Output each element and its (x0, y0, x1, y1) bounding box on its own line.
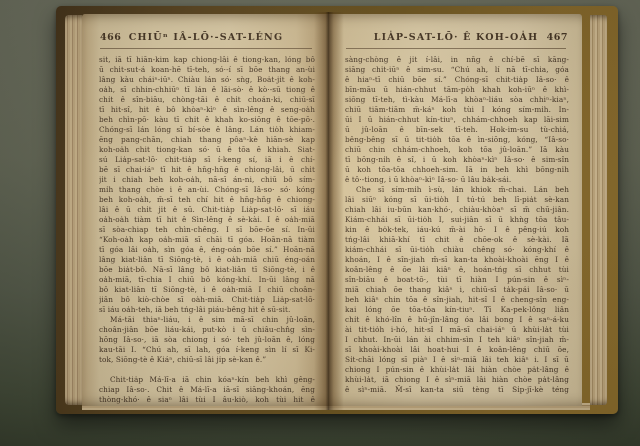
text-line: thòng-khó· ê siaⁿ lâi tùi I âu-kiò, koh … (99, 395, 315, 405)
text-line: chiū tiām-tiām m̄-káⁿ koh tùi I kóng sím… (345, 105, 569, 115)
text-line: koh-oa̍h chit tiong-kan só· ū ê tōa ê kh… (99, 145, 315, 155)
text-line: I chhut. In-ūi lán ài chhim-sìn I teh ki… (345, 335, 569, 345)
text-line: ū koh tōa-tōa chhoeh-sim. Iā in beh khì … (345, 165, 569, 175)
text-line: sîn-biāu ê boat-tō·, tùi tī hiàn I pún-s… (345, 275, 569, 285)
text-line: sī khoài-khoài lâi hoat-hui I ê koân-lên… (345, 345, 569, 355)
text-line: choân-jiân bōe liáu-kái, put-kò i ū chiâ… (99, 325, 315, 335)
page-number: 467 (547, 32, 568, 43)
header-rule (346, 48, 566, 49)
text-line: lâng kiat-liân tī Siōng-tè, i ê oa̍h-miā… (99, 255, 315, 265)
text-line: tok, Siōng-tè ê Kiáⁿ, chiū-sī lâi ji̍p s… (99, 355, 315, 365)
page-edges-left (65, 15, 82, 405)
text-line: lâi ê ū chi̍t ji̍t ê sū. Chit-tia̍p Lia̍… (99, 205, 315, 215)
text-line: oa̍h-miā, tī-chia I chiū bô kóng-khí. In… (99, 275, 315, 285)
text-line: Má-tāi thiaⁿ-liáu, i ê sim mā-sī chin jû… (99, 315, 315, 325)
text-line: beh chìn-pō· kàu tī chi̍t ê khah ko-siōn… (99, 115, 315, 125)
text-line: ū chi̍t-sut-á koan-hē tī-teh, só·-í sī b… (99, 65, 315, 75)
text-line: ê hiaⁿ-tī chiū bōe sí.” Chóng-sī chit-ti… (345, 75, 569, 85)
open-book: 466 CHIŪⁿ IÂ-LŌ·-SAT-LÉNG sit, iā tī hiā… (56, 6, 618, 414)
text-line: tī góa lâi oa̍h, sìn góa ê, éng-oán bōe … (99, 245, 315, 255)
text-line: oa̍h, sī chhin-chhiūⁿ tī lán ê lāi-sò· ê… (99, 85, 315, 95)
text-line: jiân bô kiò-chòe sī oa̍h-miā. Chit-tia̍p… (99, 295, 315, 305)
left-page: 466 CHIŪⁿ IÂ-LŌ·-SAT-LÉNG sit, iā tī hiā… (82, 14, 328, 406)
text-line: bē sī chai-iáⁿ tī hit ê hn̄g-hn̄g ê chio… (99, 165, 315, 175)
page-edges-right (590, 15, 607, 405)
text-line: sī sòa-chiap teh chìn-chêng. I sī bōe-ōe… (99, 225, 315, 235)
text-line: siōng tī-teh, tì-kàu Má-lī-a khòaⁿ-liáu … (345, 95, 569, 105)
text-line: Chóng-sī lán lóng sī bí-sòe ê lâng. Lán … (99, 125, 315, 135)
page-title: LIA̍P-SAT-LŌ· Ê KOH-OA̍H (344, 32, 568, 43)
text-line: ēng pang-chān, chiah thang pôaⁿ-kè hiān-… (99, 135, 315, 145)
text-line: ài tit-tio̍h i-hó, hit-sî I mā-sī chai-i… (345, 325, 569, 335)
text-line: chiah lâi iu-būn kan-khó·, chiàu-khòaⁿ s… (345, 205, 569, 215)
text-line: lâi siūⁿ kóng sī ūi-tio̍h I tú-tú beh lī… (345, 195, 569, 205)
text-line: chiong I pún-sin ê khùi-la̍t lâi hiàn ch… (345, 365, 569, 375)
text-line: siāng chi̍t-iūⁿ ê sim-su. “Chú ah, lí nā… (345, 65, 569, 75)
text-line: beh koh-oa̍h, m̄-sī teh chí hit ê hn̄g-h… (99, 195, 315, 205)
text-line: Kiám-chhái sī ūi-tio̍h I, sui-jiân sī ū … (345, 215, 569, 225)
text-line: ū jû-loān ê bīn-sek tī-teh. Hok-im-su tù… (345, 125, 569, 135)
text-line: khoán, I ê sîn-jiah m̄-sī kan-ta khoài-k… (345, 255, 569, 265)
text-line: sī iáu oa̍h-teh, iā beh tńg-lâi piáu-bên… (99, 305, 315, 315)
text-line: bô kiat-liân tī Siōng-tè, i ê oa̍h-miā I… (99, 285, 315, 295)
text-line: ūi I ū hián-chhut kín-tiuⁿ, chhám-chhoeh… (345, 115, 569, 125)
text-line: ê tô·-tiong, i ū khòaⁿ-kìⁿ Iâ-so· ū lâu … (345, 175, 569, 185)
text-line: Si̍t-chāi lóng sī piàⁿ I ê sìⁿ-miā lâi t… (345, 355, 569, 365)
text-line: kiám-chhái sī ūi-tio̍h chiàu chêng só· k… (345, 245, 569, 255)
text-line: tī bōng-ni̍h ê sî, i ū koh khòaⁿ-kìⁿ Iâ-… (345, 155, 569, 165)
running-header-right: LIA̍P-SAT-LŌ· Ê KOH-OA̍H 467 (344, 32, 568, 45)
text-line: tńg-lâi khiā-khí tī chit ê chōe-ok ê sè-… (345, 235, 569, 245)
page-title: CHIŪⁿ IÂ-LŌ·-SAT-LÉNG (98, 32, 314, 43)
text-line (99, 365, 315, 375)
text-line: bīn-māu ū hián-chhut tām-po̍h khah koh-i… (345, 85, 569, 95)
text-line: kau-tāi I. “Chú ah, sī lah, góa í-keng s… (99, 345, 315, 355)
text-line: ji̍t i chiah beh koh-oa̍h, nā-sī án-ni, … (99, 175, 315, 185)
right-page: LIA̍P-SAT-LŌ· Ê KOH-OA̍H 467 sàng-chòng … (328, 14, 582, 406)
text-line: kin ê bo̍k-tek, iáu-kú m̄-ài hō· I ê pên… (345, 225, 569, 235)
text-line: beh kiâⁿ chin tōa ê sîn-jiah, hit-sî I ê… (345, 295, 569, 305)
text-line: Che sī sím-mi̍h ì-sù, lán khiok m̄-chai.… (345, 185, 569, 195)
text-line: bōe bia̍t-bô. Nā-sī lâng bô kiat-liân tī… (99, 265, 315, 275)
text-line: sàng-chòng ê ji̍t í-lâi, in nn̄g ê chí-b… (345, 55, 569, 65)
text-line: mi̍h thang chòe i ê an-ùi. Chóng-sī Iâ-s… (99, 185, 315, 195)
text-line: koân-lêng ê ōe lâi kiâⁿ ê, hoán-tńg sī c… (345, 265, 569, 275)
text-line: ê sìⁿ-miā. M̄-sī kan-ta siū tèng tī Si̍p… (345, 385, 569, 395)
text-line: chiap Iâ-so·. Chit ê Má-lī-a iā-sī siāng… (99, 385, 315, 395)
text-line: sit, iā tī hiān-kim kap chiong-lâi ê tio… (99, 55, 315, 65)
header-rule (100, 48, 312, 49)
text-line: lâng kàu cháiⁿ-iūⁿ. Chiàu lán só· sǹg, B… (99, 75, 315, 85)
running-header-left: 466 CHIŪⁿ IÂ-LŌ·-SAT-LÉNG (98, 32, 314, 45)
photo-background: 466 CHIŪⁿ IÂ-LŌ·-SAT-LÉNG sit, iā tī hiā… (0, 0, 640, 446)
left-page-text: sit, iā tī hiān-kim kap chiong-lâi ê tio… (82, 54, 328, 405)
text-line: tī hit-sî, hit ê bô khòaⁿ-kìⁿ ê sìn-lêng… (99, 105, 315, 115)
text-line: chi̍t ê khó-lîn ê hū-jîn-lâng óa lâi bon… (345, 315, 569, 325)
text-line: khùi-la̍t, iā chiong I ê sìⁿ-miā lâi hià… (345, 375, 569, 385)
text-line: oa̍h-oa̍h tiàm tī hit ê Sìn-lêng ê sè-kà… (99, 215, 315, 225)
text-line: chi̍t ê sîn-biāu, chòng-tāi ê chi̍t choá… (99, 95, 315, 105)
right-page-text: sàng-chòng ê ji̍t í-lâi, in nn̄g ê chí-b… (328, 54, 582, 395)
page-number: 466 (100, 32, 121, 43)
text-line: hōng Iâ-so·, iā sòa chiong i só· teh jû-… (99, 335, 315, 345)
text-line: sú Lia̍p-sat-lō· chit-tia̍p sī í-keng sí… (99, 155, 315, 165)
text-line: “Koh-oa̍h kap oa̍h-miā sī chāi tī góa. H… (99, 235, 315, 245)
text-line: miā chiah ōe thang kiâⁿ i, chiū-sī ta̍k-… (345, 285, 569, 295)
text-line: chiū chin chhám-chhoeh, koh tōa jû-loān.… (345, 145, 569, 155)
text-line: Chit-tia̍p Má-lī-a iā chin kóaⁿ-kín beh … (99, 375, 315, 385)
text-line: bêng-bêng sī ū tit-tio̍h tōa ê ìn-siōng,… (345, 135, 569, 145)
text-line: kai lóng ōe tōa-tōa kín-tiuⁿ. Tī Ka-pek-… (345, 305, 569, 315)
